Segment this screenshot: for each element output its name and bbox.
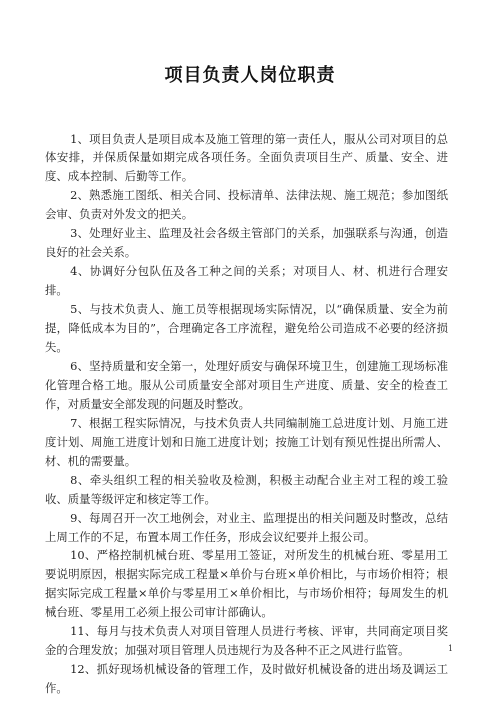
duty-paragraph-5: 5、与技术负责人、施工员等根据现场实际情况，以“确保质量、安全为前提，降低成本为… [45,300,448,357]
duty-paragraph-1: 1、项目负责人是项目成本及施工管理的第一责任人，服从公司对项目的总体安排，并保质… [45,130,448,187]
document-title: 项目负责人岗位职责 [0,63,500,89]
duty-paragraph-6: 6、坚持质量和安全第一，处理好质安与确保环境卫生，创建施工现场标准化管理合格工地… [45,357,448,414]
duty-paragraph-12: 12、抓好现场机械设备的管理工作，及时做好机械设备的进出场及调运工作。 [45,660,448,698]
page-number: 1 [448,644,453,653]
duty-paragraph-2: 2、熟悉施工图纸、相关合同、投标清单、法律法规、施工规范；参加图纸会审、负责对外… [45,186,448,224]
duty-paragraph-4: 4、协调好分包队伍及各工种之间的关系；对项目人、材、机进行合理安排。 [45,262,448,300]
document-body: 1、项目负责人是项目成本及施工管理的第一责任人，服从公司对项目的总体安排，并保质… [45,130,448,699]
duty-paragraph-10: 10、严格控制机械台班、零星用工签证，对所发生的机械台班、零星用工要说明原因，根… [45,546,448,622]
duty-paragraph-9: 9、每周召开一次工地例会，对业主、监理提出的相关问题及时整改，总结上周工作的不足… [45,509,448,547]
duty-paragraph-11: 11、每月与技术负责人对项目管理人员进行考核、评审，共同商定项目奖金的合理发放；… [45,622,448,660]
document-page: 项目负责人岗位职责 1、项目负责人是项目成本及施工管理的第一责任人，服从公司对项… [0,0,500,707]
duty-paragraph-3: 3、处理好业主、监理及社会各级主管部门的关系，加强联系与沟通，创造良好的社会关系… [45,224,448,262]
duty-paragraph-7: 7、根据工程实际情况，与技术负责人共同编制施工总进度计划、月施工进度计划、周施工… [45,414,448,471]
duty-paragraph-8: 8、牵头组织工程的相关验收及检测，积极主动配合业主对工程的竣工验收、质量等级评定… [45,471,448,509]
